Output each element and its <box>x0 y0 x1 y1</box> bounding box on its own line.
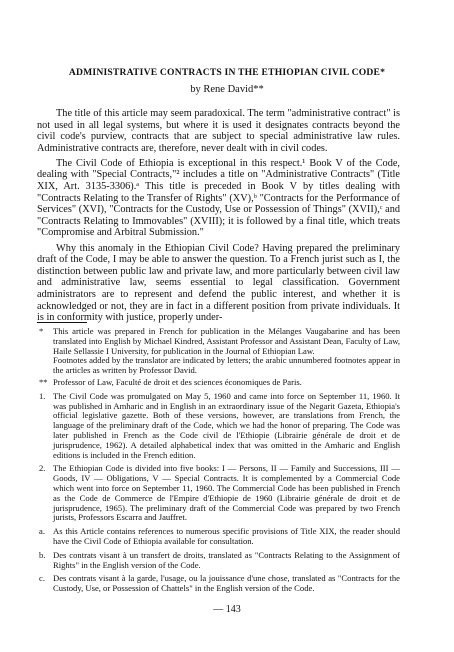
footnote-mark: c. <box>39 574 45 584</box>
footnote-mark: * <box>39 327 43 337</box>
footnote: b. Des contrats visant à un transfert de… <box>37 551 400 571</box>
footnote: 2. The Ethiopian Code is divided into fi… <box>37 464 400 523</box>
document-page: ADMINISTRATIVE CONTRACTS IN THE ETHIOPIA… <box>0 0 454 652</box>
footnote-text: Des contrats visant à un transfert de dr… <box>53 551 400 571</box>
footnote-text: Footnotes added by the translator are in… <box>53 356 400 376</box>
footnote-mark: 2. <box>39 464 45 474</box>
footnote: * This article was prepared in French fo… <box>37 327 400 376</box>
footnote-text: Des contrats visant à la garde, l'usage,… <box>53 574 400 594</box>
footnote: c. Des contrats visant à la garde, l'usa… <box>37 574 400 594</box>
footnote-text: Professor of Law, Faculté de droit et de… <box>53 378 400 388</box>
footnote-divider <box>37 322 87 323</box>
footnote-text: As this Article contains references to n… <box>53 527 400 547</box>
paragraph: Why this anomaly in the Ethiopian Civil … <box>37 243 400 324</box>
footnote-mark: b. <box>39 551 45 561</box>
article-author: by Rene David** <box>0 84 454 95</box>
footnote-text: The Ethiopian Code is divided into five … <box>53 464 400 523</box>
paragraph: The title of this article may seem parad… <box>37 108 400 154</box>
footnote: a. As this Article contains references t… <box>37 527 400 547</box>
article-title: ADMINISTRATIVE CONTRACTS IN THE ETHIOPIA… <box>0 67 454 78</box>
footnote-mark: ** <box>39 378 48 388</box>
footnotes: * This article was prepared in French fo… <box>37 327 400 596</box>
footnote-mark: 1. <box>39 392 45 402</box>
page-number: — 143 <box>0 604 454 615</box>
footnote: ** Professor of Law, Faculté de droit et… <box>37 378 400 388</box>
footnote-mark: a. <box>39 527 45 537</box>
footnote: 1. The Civil Code was promulgated on May… <box>37 392 400 461</box>
footnote-text: This article was prepared in French for … <box>53 327 400 356</box>
article-body: The title of this article may seem parad… <box>37 108 400 327</box>
footnote-text: The Civil Code was promulgated on May 5,… <box>53 392 400 461</box>
paragraph: The Civil Code of Ethiopia is exceptiona… <box>37 158 400 239</box>
